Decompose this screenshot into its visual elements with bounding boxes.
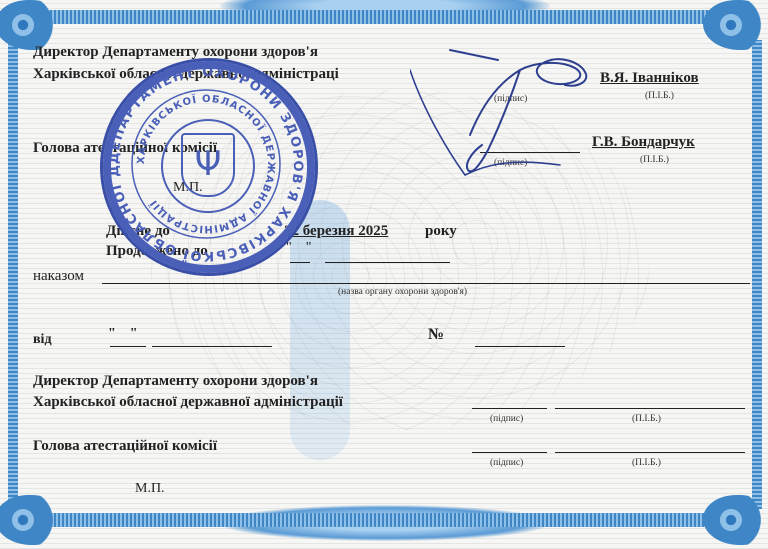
director-name-caption: (П.І.Б.) [645, 91, 674, 101]
trident-icon: Ψ [181, 133, 235, 197]
number-line[interactable] [475, 346, 565, 347]
bottom-commission-name-line[interactable] [555, 452, 745, 453]
commission-name-caption: (П.І.Б.) [640, 155, 669, 165]
border-left [8, 40, 18, 509]
bottom-director-signature-caption: (підпис) [490, 414, 523, 424]
extended-month-line[interactable] [325, 262, 450, 263]
corner-ornament-icon [703, 0, 768, 50]
bottom-commission-signature-caption: (підпис) [490, 458, 523, 468]
corner-ornament-icon [703, 495, 768, 545]
border-bottom [30, 513, 738, 527]
from-month-line[interactable] [152, 346, 272, 347]
certificate-page: Директор Департаменту охорони здоров'я Х… [0, 0, 768, 549]
signature-ink [410, 40, 610, 190]
corner-ornament-icon [0, 495, 65, 545]
bottom-commission-signature-line[interactable] [472, 452, 547, 453]
official-stamp: ДЕПАРТАМЕНТ ОХОРОНИ ЗДОРОВ'Я ХАРКІВСЬКОЇ… [100, 58, 318, 276]
bottom-director-name-line[interactable] [555, 408, 745, 409]
bottom-commission-name-caption: (П.І.Б.) [632, 458, 661, 468]
bottom-commission-head-title: Голова атестаційної комісії [33, 438, 217, 455]
from-quotes: " " [108, 326, 138, 342]
director-name: В.Я. Іванніков [600, 70, 699, 87]
bottom-seal-label: М.П. [135, 481, 165, 497]
authority-line[interactable] [102, 283, 750, 284]
authority-caption: (назва органу охорони здоров'я) [338, 287, 467, 297]
bottom-director-title-line1: Директор Департаменту охорони здоров'я [33, 373, 318, 390]
bottom-director-name-caption: (П.І.Б.) [632, 414, 661, 424]
border-right [752, 40, 762, 509]
year-word: року [425, 223, 457, 240]
bottom-director-title-line2: Харківської обласної державної адміністр… [33, 394, 343, 411]
order-label: наказом [33, 268, 84, 285]
corner-ornament-icon [0, 0, 65, 50]
number-label: № [428, 326, 444, 344]
from-day-line[interactable] [110, 346, 146, 347]
border-top [30, 10, 738, 24]
from-label: від [33, 332, 52, 348]
bottom-director-signature-line[interactable] [472, 408, 547, 409]
